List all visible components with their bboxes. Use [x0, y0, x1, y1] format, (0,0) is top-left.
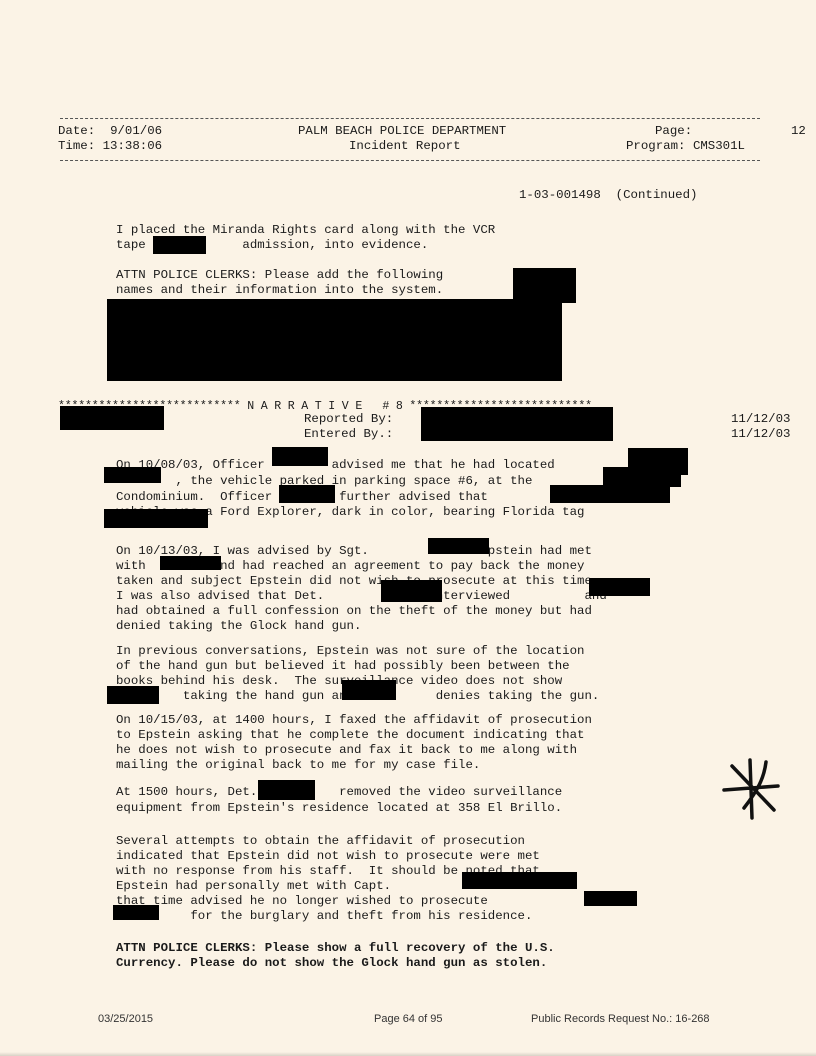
narrative-line: At 1500 hours, Det. removed the video su…: [116, 785, 562, 800]
redaction-box: [104, 509, 208, 528]
redaction-box: [462, 872, 577, 889]
narrative-line: had obtained a full confession on the th…: [116, 604, 592, 619]
case-number: 1-03-001498 (Continued): [519, 188, 697, 203]
redaction-box: [550, 485, 670, 503]
redaction-box: [428, 538, 489, 554]
redaction-box: [603, 467, 681, 487]
program-value: CMS301L: [693, 139, 745, 153]
entered-date: 11/12/03: [731, 427, 791, 442]
header-date: Date: 9/01/06: [58, 124, 162, 139]
reported-date: 11/12/03: [731, 412, 791, 427]
narrative-line: denied taking the Glock hand gun.: [116, 619, 361, 634]
redaction-box: [584, 891, 637, 906]
narrative-line: books behind his desk. The surveillance …: [116, 674, 562, 689]
redaction-box: [104, 467, 161, 483]
entered-by-label: Entered By.:: [304, 427, 393, 442]
redaction-box: [381, 580, 442, 602]
narrative-line: On 10/15/03, at 1400 hours, I faxed the …: [116, 713, 592, 728]
case-status: (Continued): [616, 188, 698, 202]
narrative-line: of the hand gun but believed it had poss…: [116, 659, 570, 674]
header-page-number: 12: [791, 124, 806, 139]
narrative-line: taken and subject Epstein did not wish t…: [116, 574, 599, 589]
case-number-value: 1-03-001498: [519, 188, 601, 202]
narrative-line: mailing the original back to me for my c…: [116, 758, 480, 773]
reported-by-label: Reported By:: [304, 412, 393, 427]
page-label: Page:: [655, 124, 692, 138]
clerk-instruction-line: ATTN POLICE CLERKS: Please show a full r…: [116, 941, 555, 956]
footer-request: Public Records Request No.: 16-268: [531, 1013, 710, 1025]
document-page: Date: 9/01/06 Time: 13:38:06 PALM BEACH …: [0, 0, 816, 1056]
redaction-box: [513, 268, 576, 303]
narrative-line: indicated that Epstein did not wish to p…: [116, 849, 540, 864]
redaction-box: [258, 780, 315, 800]
redaction-box: [589, 578, 650, 596]
clerk-notice-line: names and their information into the sys…: [116, 283, 443, 298]
clerk-instruction-line: Currency. Please do not show the Glock h…: [116, 956, 547, 971]
narrative-line: I was also advised that Det. had intervi…: [116, 589, 607, 604]
narrative-line: he does not wish to prosecute and fax it…: [116, 743, 577, 758]
time-label: Time:: [58, 139, 95, 153]
redaction-box: [113, 905, 159, 920]
footer-page: Page 64 of 95: [374, 1013, 443, 1025]
date-label: Date:: [58, 124, 95, 138]
agency-name: PALM BEACH POLICE DEPARTMENT: [298, 124, 506, 139]
redaction-box: [421, 407, 613, 441]
header-time: Time: 13:38:06: [58, 139, 162, 154]
header-bottom-rule: [60, 160, 760, 161]
date-value: 9/01/06: [110, 124, 162, 138]
narrative-line: for the burglary and theft from his resi…: [116, 909, 532, 924]
asterisk-annotation-icon: [722, 758, 786, 820]
redaction-block: [107, 299, 562, 381]
redaction-box: [107, 686, 159, 704]
report-type: Incident Report: [349, 139, 461, 154]
header-program: Program: CMS301L: [626, 139, 745, 154]
narrative-line: On 10/08/03, Officer advised me that he …: [116, 458, 555, 473]
redaction-box: [279, 485, 335, 503]
header-page: Page:: [655, 124, 692, 139]
header-top-rule: [60, 118, 760, 119]
redaction-box: [272, 447, 328, 466]
narrative-line: to Epstein asking that he complete the d…: [116, 728, 584, 743]
narrative-line: that time advised he no longer wished to…: [116, 894, 488, 909]
time-value: 13:38:06: [103, 139, 163, 153]
program-label: Program:: [626, 139, 686, 153]
redaction-box: [342, 680, 396, 700]
footer-date: 03/25/2015: [98, 1013, 153, 1025]
narrative-line: In previous conversations, Epstein was n…: [116, 644, 584, 659]
clerk-notice-line: ATTN POLICE CLERKS: Please add the follo…: [116, 268, 443, 283]
narrative-line: equipment from Epstein's residence locat…: [116, 801, 562, 816]
redaction-box: [153, 236, 206, 254]
redaction-box: [160, 556, 221, 570]
redaction-box: [60, 406, 164, 430]
page-edge: [0, 1052, 816, 1056]
narrative-line: Several attempts to obtain the affidavit…: [116, 834, 525, 849]
